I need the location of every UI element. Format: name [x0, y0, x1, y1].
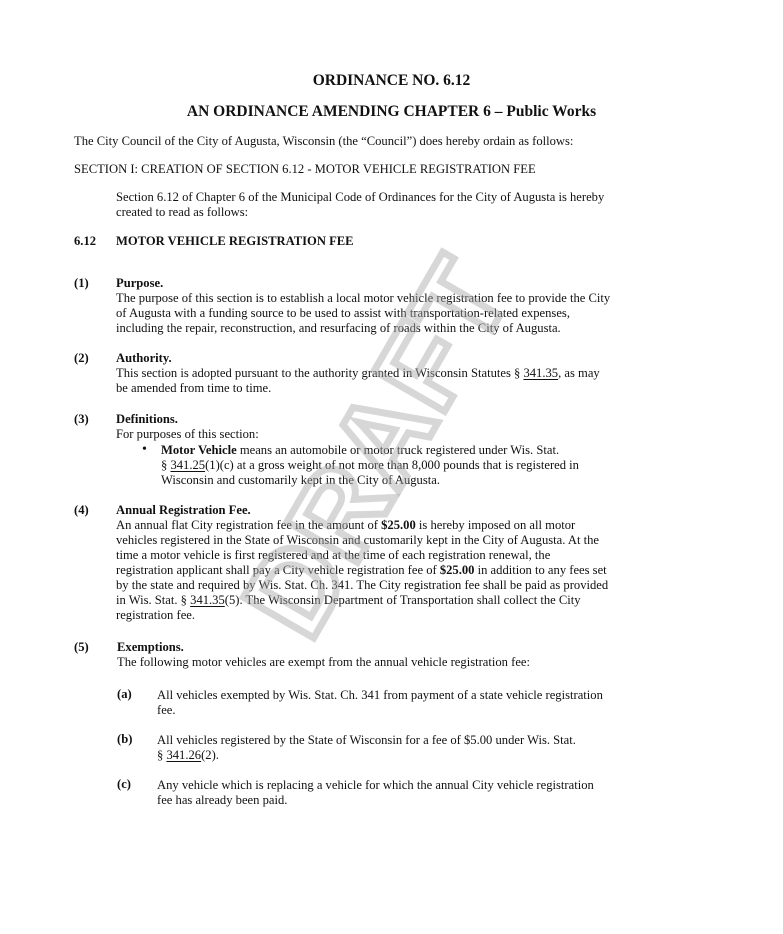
intro-paragraph: The City Council of the City of Augusta,… [74, 134, 573, 149]
statute-link-341-26[interactable]: 341.26 [166, 748, 201, 762]
body-line: Any vehicle which is replacing a vehicle… [157, 778, 594, 793]
body-line: registration applicant shall pay a City … [116, 563, 608, 578]
ordinance-subtitle: AN ORDINANCE AMENDING CHAPTER 6 – Public… [0, 104, 783, 119]
text: is hereby imposed on all motor [416, 518, 576, 532]
subsection-heading: Exemptions. [117, 640, 530, 655]
section-body-line: Section 6.12 of Chapter 6 of the Municip… [116, 190, 604, 205]
statute-link-341-35[interactable]: 341.35 [523, 366, 558, 380]
fee-amount: $25.00 [440, 563, 475, 577]
body-line: Motor Vehicle means an automobile or mot… [161, 443, 579, 458]
section-heading: SECTION I: CREATION OF SECTION 6.12 - MO… [74, 162, 536, 177]
exemption-item-c: Any vehicle which is replacing a vehicle… [157, 778, 594, 808]
text: (1)(c) at a gross weight of not more tha… [205, 458, 579, 472]
body-line: § 341.26(2). [157, 748, 576, 763]
section-body: Section 6.12 of Chapter 6 of the Municip… [116, 190, 604, 220]
body-line: by the state and required by Wis. Stat. … [116, 578, 608, 593]
text: An annual flat City registration fee in … [116, 518, 381, 532]
text: registration applicant shall pay a City … [116, 563, 440, 577]
fee-amount: $25.00 [381, 518, 416, 532]
bullet-icon: • [142, 442, 147, 457]
subsection-heading: Annual Registration Fee. [116, 503, 608, 518]
body-line: fee has already been paid. [157, 793, 594, 808]
body-line: Wisconsin and customarily kept in the Ci… [161, 473, 579, 488]
body-line: vehicles registered in the State of Wisc… [116, 533, 608, 548]
body-line: This section is adopted pursuant to the … [116, 366, 600, 381]
text: (5). The Wisconsin Department of Transpo… [225, 593, 581, 607]
statute-link-341-25[interactable]: 341.25 [170, 458, 205, 472]
subsection-heading: Definitions. [116, 412, 259, 427]
exemption-item-b: All vehicles registered by the State of … [157, 733, 576, 763]
subsection-number: (5) [74, 640, 89, 655]
body-line: An annual flat City registration fee in … [116, 518, 608, 533]
body-line: including the repair, reconstruction, an… [116, 321, 610, 336]
statute-link-341-35[interactable]: 341.35 [190, 593, 225, 607]
definition-motor-vehicle: Motor Vehicle means an automobile or mot… [161, 443, 579, 488]
subsection-body: Definitions. For purposes of this sectio… [116, 412, 259, 442]
code-section-number: 6.12 [74, 234, 96, 249]
exemption-label: (b) [117, 732, 132, 747]
body-line: The following motor vehicles are exempt … [117, 655, 530, 670]
subsection-body: Purpose. The purpose of this section is … [116, 276, 610, 336]
subsection-body: Authority. This section is adopted pursu… [116, 351, 600, 396]
section-body-line: created to read as follows: [116, 205, 604, 220]
body-line: in Wis. Stat. § 341.35(5). The Wisconsin… [116, 593, 608, 608]
body-line: of Augusta with a funding source to be u… [116, 306, 610, 321]
body-line: be amended from time to time. [116, 381, 600, 396]
subsection-heading: Authority. [116, 351, 600, 366]
subsection-number: (4) [74, 503, 89, 518]
subsection-body: Exemptions. The following motor vehicles… [117, 640, 530, 670]
ordinance-title: ORDINANCE NO. 6.12 [0, 73, 783, 88]
exemption-item-a: All vehicles exempted by Wis. Stat. Ch. … [157, 688, 603, 718]
body-line: registration fee. [116, 608, 608, 623]
text: means an automobile or motor truck regis… [237, 443, 559, 457]
text: (2). [201, 748, 219, 762]
text: in addition to any fees set [474, 563, 606, 577]
text: , as may [558, 366, 600, 380]
body-line: All vehicles exempted by Wis. Stat. Ch. … [157, 688, 603, 703]
body-line: fee. [157, 703, 603, 718]
subsection-body: Annual Registration Fee. An annual flat … [116, 503, 608, 623]
text: This section is adopted pursuant to the … [116, 366, 523, 380]
exemption-label: (c) [117, 777, 131, 792]
defined-term: Motor Vehicle [161, 443, 237, 457]
document-page: ORDINANCE NO. 6.12 AN ORDINANCE AMENDING… [0, 0, 783, 934]
body-line: For purposes of this section: [116, 427, 259, 442]
text: in Wis. Stat. § [116, 593, 190, 607]
body-line: § 341.25(1)(c) at a gross weight of not … [161, 458, 579, 473]
subsection-number: (3) [74, 412, 89, 427]
body-line: The purpose of this section is to establ… [116, 291, 610, 306]
subsection-number: (2) [74, 351, 89, 366]
body-line: time a motor vehicle is first registered… [116, 548, 608, 563]
body-line: All vehicles registered by the State of … [157, 733, 576, 748]
subsection-number: (1) [74, 276, 89, 291]
subsection-heading: Purpose. [116, 276, 610, 291]
exemption-label: (a) [117, 687, 132, 702]
code-section-title: MOTOR VEHICLE REGISTRATION FEE [116, 234, 354, 249]
